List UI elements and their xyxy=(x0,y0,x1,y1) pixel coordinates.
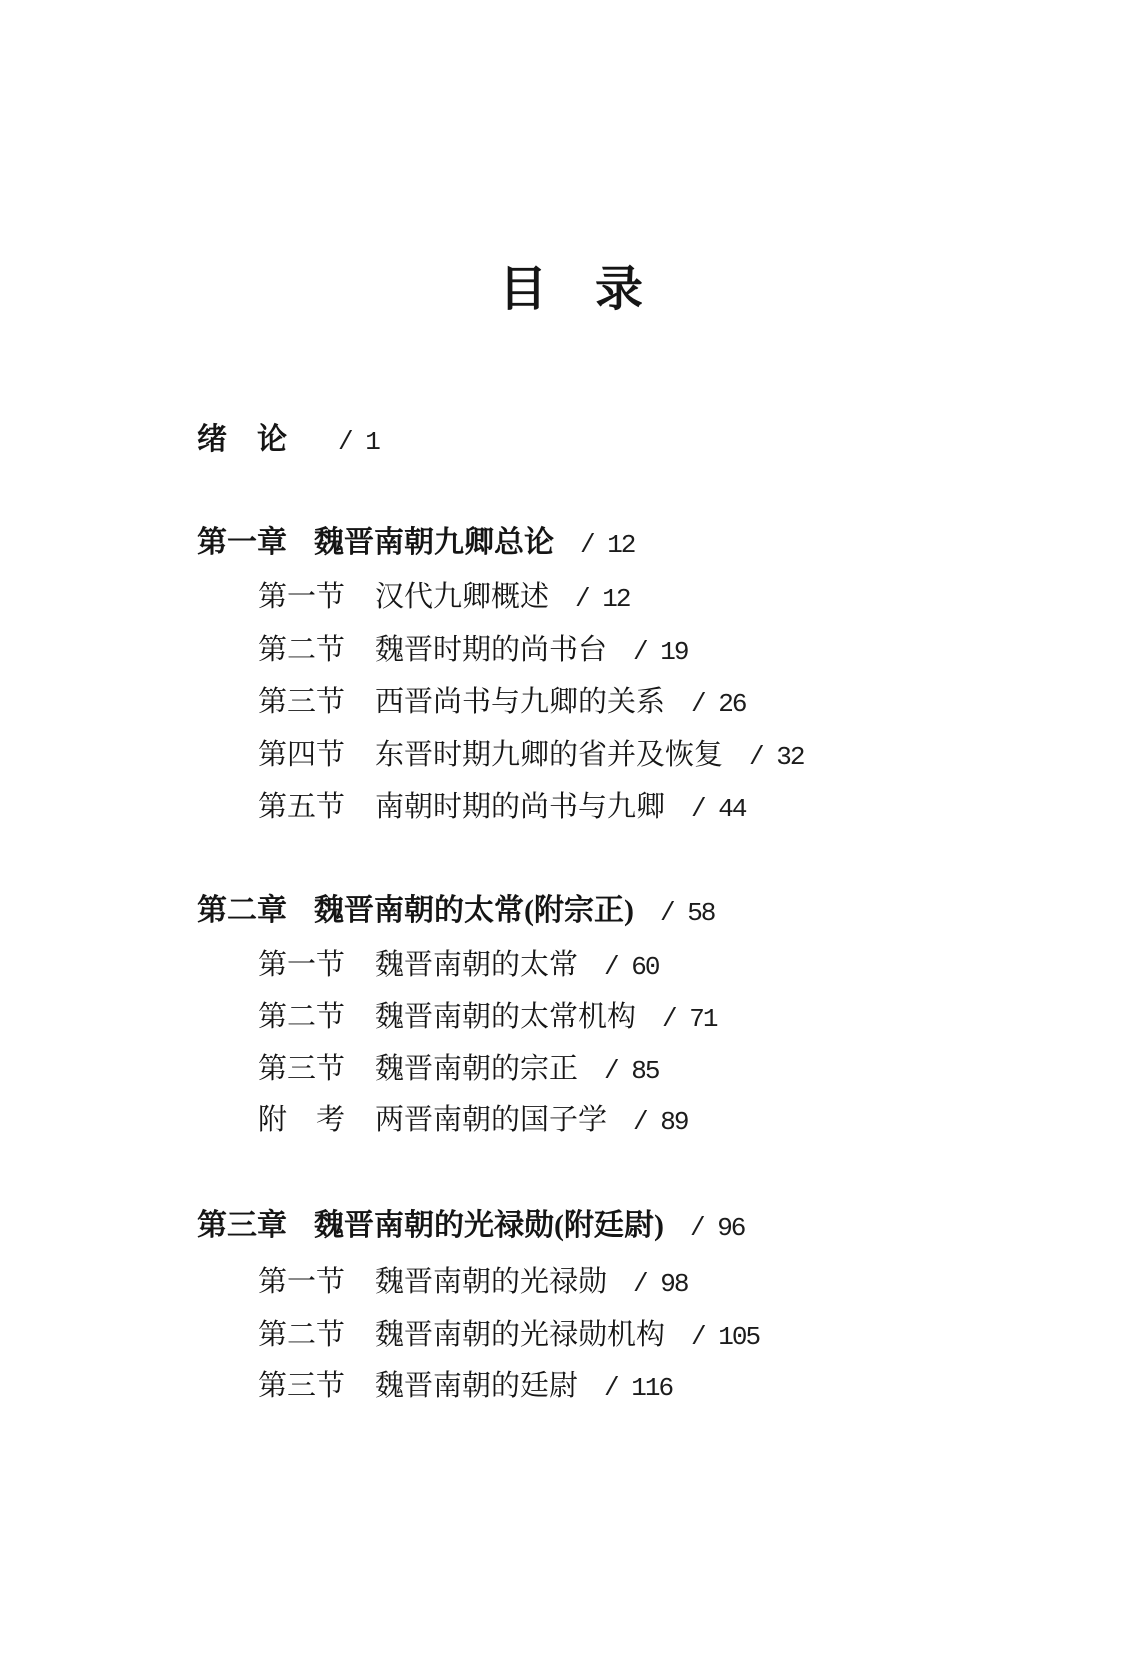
toc-page: 目 录 绪 论/ 1 第一章魏晋南朝九卿总论/ 12 第一节汉代九卿概述/ 12… xyxy=(0,0,1142,1654)
section-title: 南朝时期的尚书与九卿 xyxy=(375,791,665,823)
chapter-title: 魏晋南朝的太常(附宗正) xyxy=(314,894,634,927)
section-page-number: / 98 xyxy=(633,1271,687,1297)
intro-page-number: / 1 xyxy=(338,429,379,455)
section-page-number: / 85 xyxy=(604,1058,658,1084)
section-page-number: / 71 xyxy=(662,1006,716,1032)
section-title: 魏晋南朝的太常机构 xyxy=(375,1001,636,1033)
toc-entry-section-1-5: 第五节南朝时期的尚书与九卿/ 44 xyxy=(258,793,745,822)
section-label: 附 考 xyxy=(258,1106,345,1135)
section-label: 第一节 xyxy=(258,951,345,980)
section-title: 魏晋南朝的宗正 xyxy=(375,1053,578,1085)
chapter-page-number: / 96 xyxy=(690,1215,744,1241)
section-label: 第二节 xyxy=(258,1321,345,1350)
toc-entry-chapter-2: 第二章魏晋南朝的太常(附宗正)/ 58 xyxy=(197,896,714,926)
section-label: 第五节 xyxy=(258,793,345,822)
chapter-title: 魏晋南朝的光禄勋(附廷尉) xyxy=(314,1209,664,1242)
section-page-number: / 60 xyxy=(604,954,658,980)
section-title: 魏晋南朝的光禄勋 xyxy=(375,1266,607,1298)
chapter-page-number: / 12 xyxy=(580,532,634,558)
chapter-label: 第二章 xyxy=(197,896,287,926)
section-page-number: / 89 xyxy=(633,1109,687,1135)
toc-entry-chapter-3: 第三章魏晋南朝的光禄勋(附廷尉)/ 96 xyxy=(197,1211,744,1241)
section-label: 第二节 xyxy=(258,1003,345,1032)
toc-entry-section-2-3: 第三节魏晋南朝的宗正/ 85 xyxy=(258,1055,658,1084)
section-title: 魏晋南朝的廷尉 xyxy=(375,1370,578,1402)
section-page-number: / 26 xyxy=(691,691,745,717)
toc-entry-intro: 绪 论/ 1 xyxy=(197,425,379,455)
section-label: 第三节 xyxy=(258,688,345,717)
chapter-title: 魏晋南朝九卿总论 xyxy=(314,526,554,559)
section-label: 第二节 xyxy=(258,636,345,665)
section-page-number: / 116 xyxy=(604,1375,672,1401)
section-label: 第三节 xyxy=(258,1055,345,1084)
chapter-label: 第三章 xyxy=(197,1211,287,1241)
section-page-number: / 105 xyxy=(691,1324,759,1350)
page-title: 目 录 xyxy=(0,266,1142,314)
section-label: 第四节 xyxy=(258,741,345,770)
chapter-label: 第一章 xyxy=(197,528,287,558)
section-title: 两晋南朝的国子学 xyxy=(375,1104,607,1136)
section-label: 第一节 xyxy=(258,583,345,612)
toc-entry-section-1-2: 第二节魏晋时期的尚书台/ 19 xyxy=(258,636,687,665)
toc-entry-chapter-1: 第一章魏晋南朝九卿总论/ 12 xyxy=(197,528,634,558)
toc-entry-appendix: 附 考两晋南朝的国子学/ 89 xyxy=(258,1106,687,1135)
section-title: 魏晋南朝的太常 xyxy=(375,949,578,981)
chapter-page-number: / 58 xyxy=(660,900,714,926)
section-page-number: / 32 xyxy=(749,744,803,770)
section-title: 魏晋南朝的光禄勋机构 xyxy=(375,1319,665,1351)
toc-entry-section-1-4: 第四节东晋时期九卿的省并及恢复/ 32 xyxy=(258,741,803,770)
toc-entry-section-1-1: 第一节汉代九卿概述/ 12 xyxy=(258,583,629,612)
section-page-number: / 44 xyxy=(691,796,745,822)
toc-entry-section-3-2: 第二节魏晋南朝的光禄勋机构/ 105 xyxy=(258,1321,759,1350)
toc-entry-section-3-1: 第一节魏晋南朝的光禄勋/ 98 xyxy=(258,1268,687,1297)
section-label: 第三节 xyxy=(258,1372,345,1401)
section-title: 东晋时期九卿的省并及恢复 xyxy=(375,739,723,771)
section-label: 第一节 xyxy=(258,1268,345,1297)
section-page-number: / 19 xyxy=(633,639,687,665)
toc-entry-section-2-1: 第一节魏晋南朝的太常/ 60 xyxy=(258,951,658,980)
section-page-number: / 12 xyxy=(575,586,629,612)
section-title: 魏晋时期的尚书台 xyxy=(375,634,607,666)
intro-label: 绪 论 xyxy=(197,425,287,455)
toc-entry-section-3-3: 第三节魏晋南朝的廷尉/ 116 xyxy=(258,1372,672,1401)
toc-entry-section-1-3: 第三节西晋尚书与九卿的关系/ 26 xyxy=(258,688,745,717)
section-title: 西晋尚书与九卿的关系 xyxy=(375,686,665,718)
section-title: 汉代九卿概述 xyxy=(375,581,549,613)
toc-entry-section-2-2: 第二节魏晋南朝的太常机构/ 71 xyxy=(258,1003,716,1032)
